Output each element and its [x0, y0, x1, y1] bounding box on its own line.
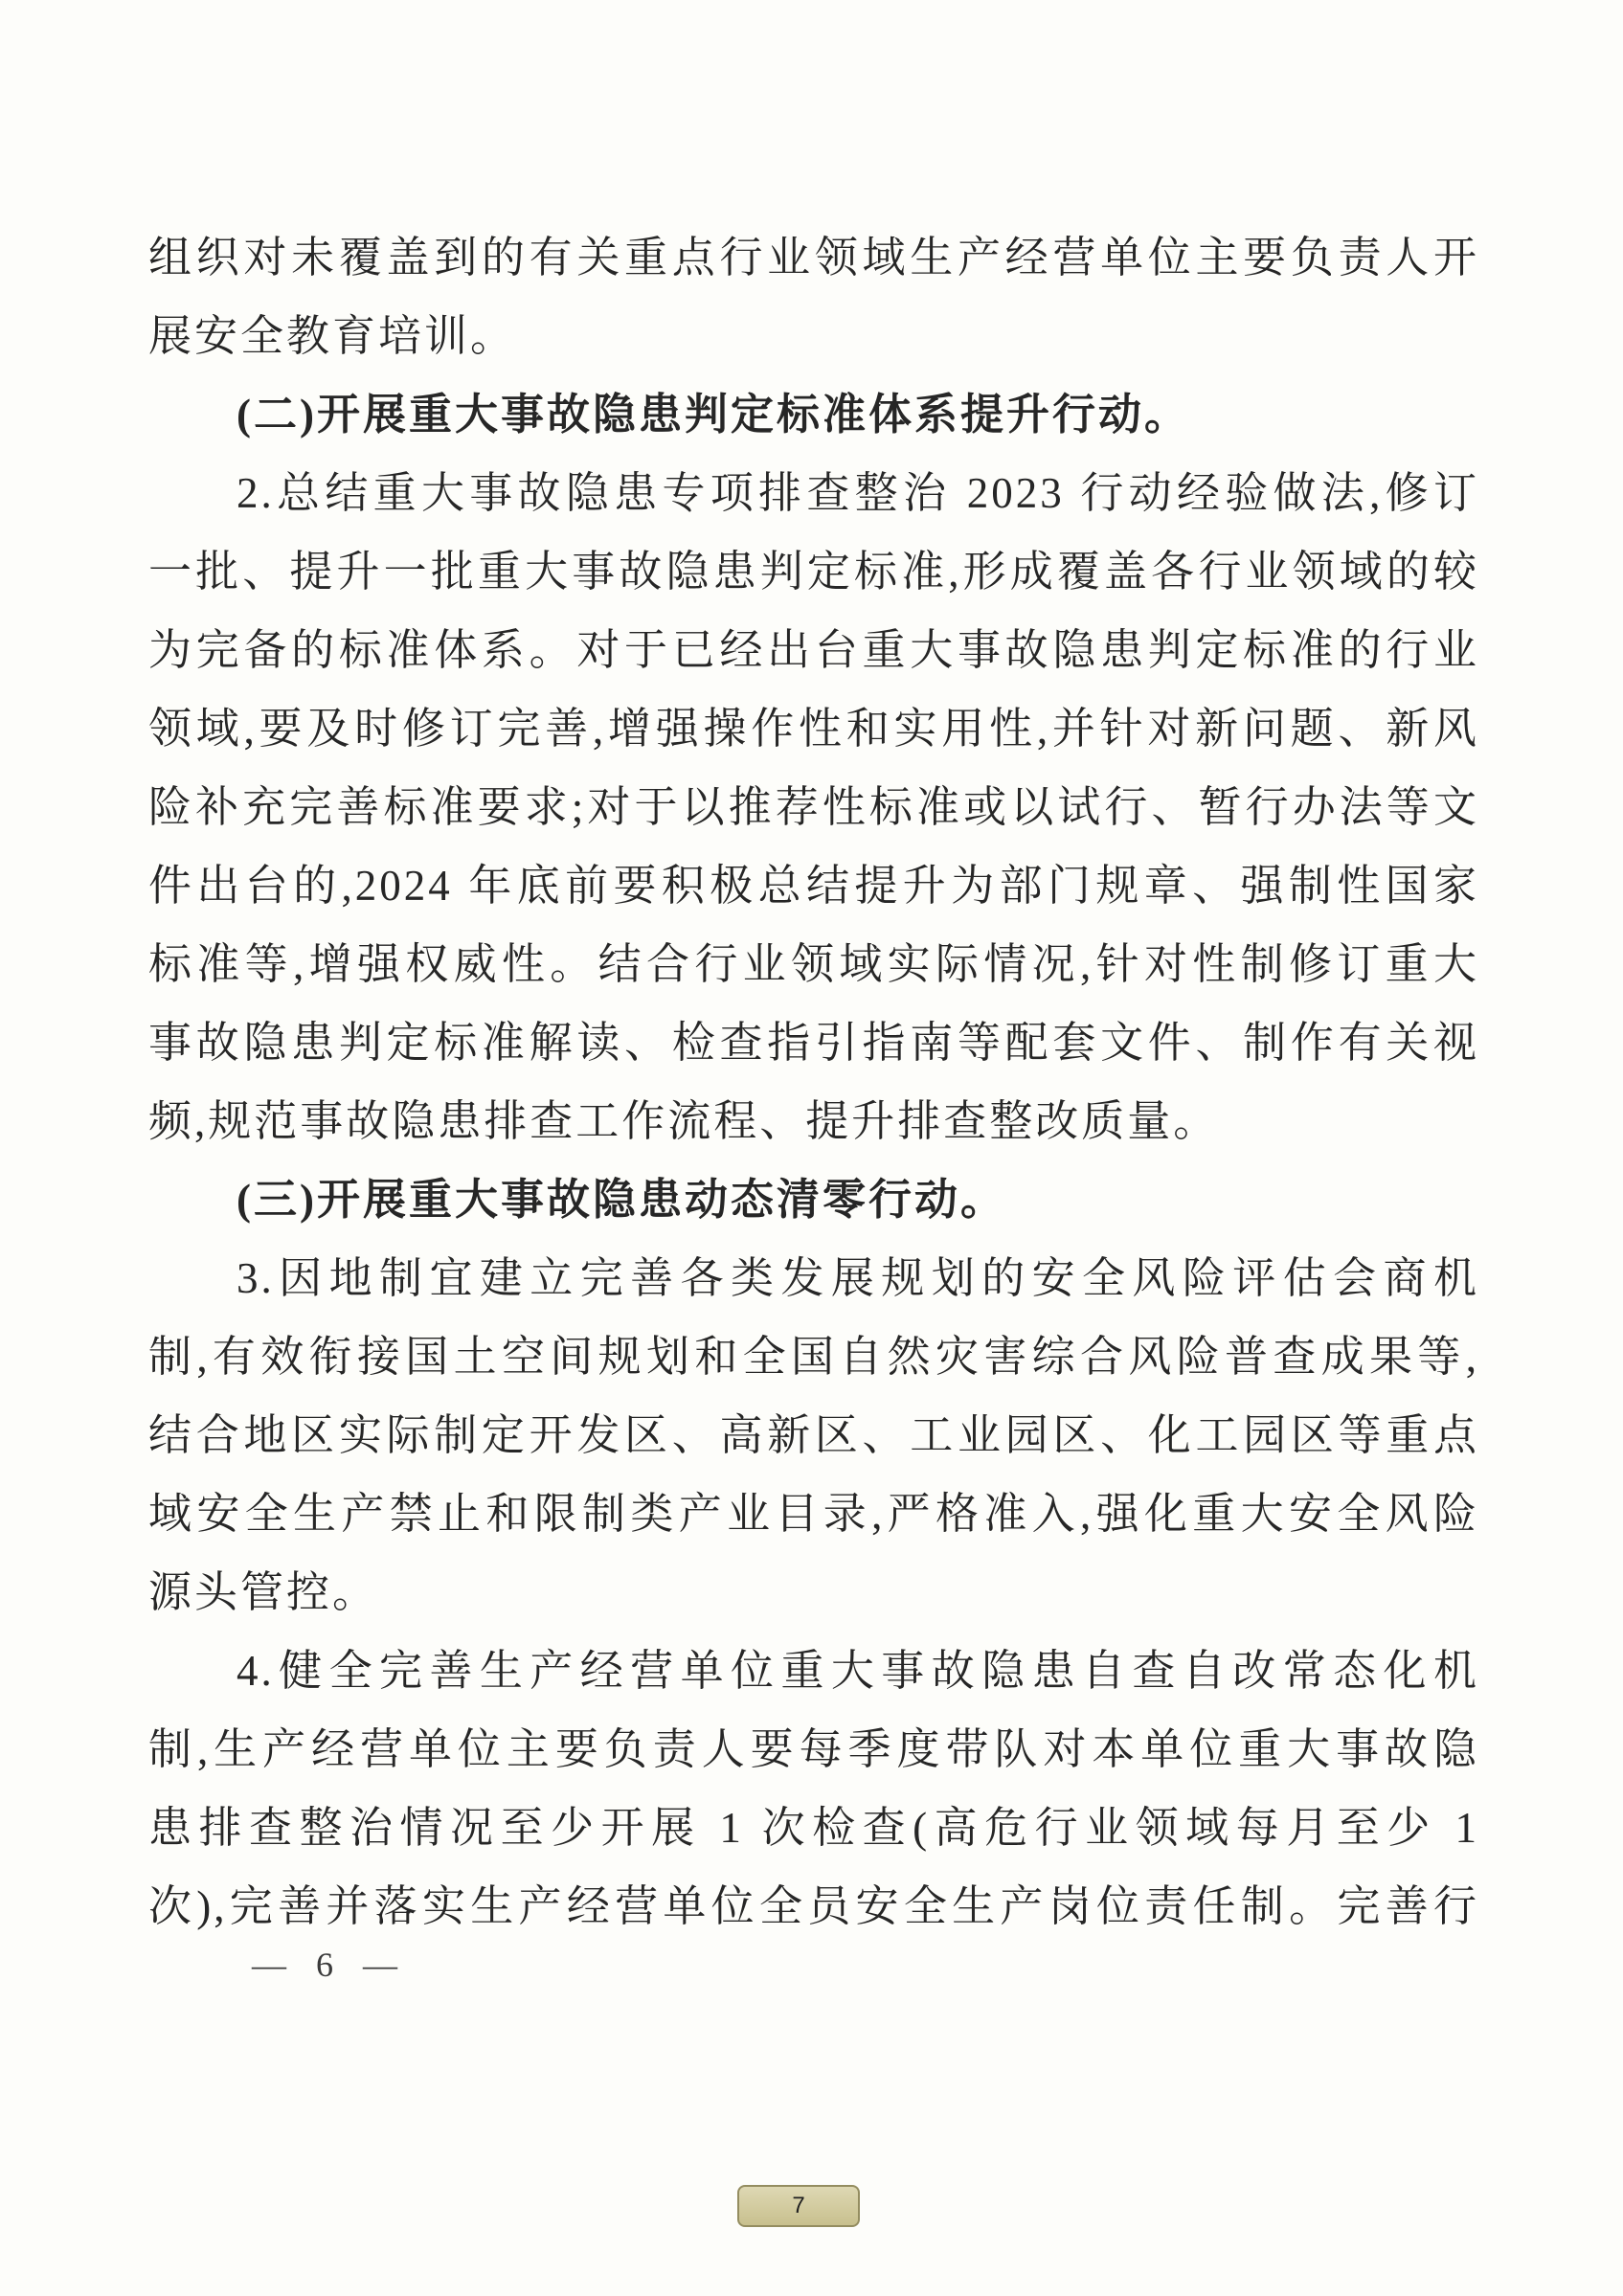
text-line: 制,有效衔接国土空间规划和全国自然灾害综合风险普查成果等, — [148, 1317, 1479, 1396]
text-line: 频,规范事故隐患排查工作流程、提升排查整改质量。 — [148, 1082, 1479, 1160]
text-line: 标准等,增强权威性。结合行业领域实际情况,针对性制修订重大 — [148, 925, 1479, 1003]
text-line: 患排查整治情况至少开展 1 次检查(高危行业领域每月至少 1 — [148, 1789, 1479, 1867]
text-line: 4.健全完善生产经营单位重大事故隐患自查自改常态化机 — [148, 1632, 1479, 1710]
text-line: 域安全生产禁止和限制类产业目录,严格准入,强化重大安全风险 — [148, 1474, 1479, 1553]
text-line: 组织对未覆盖到的有关重点行业领域生产经营单位主要负责人开 — [148, 218, 1479, 297]
text-line: 领域,要及时修订完善,增强操作性和实用性,并针对新问题、新风 — [148, 689, 1479, 768]
text-line: 3.因地制宜建立完善各类发展规划的安全风险评估会商机 — [148, 1239, 1479, 1317]
text-line: 展安全教育培训。 — [148, 297, 1479, 375]
text-line: 事故隐患判定标准解读、检查指引指南等配套文件、制作有关视 — [148, 1003, 1479, 1082]
text-line: 险补充完善标准要求;对于以推荐性标准或以试行、暂行办法等文 — [148, 768, 1479, 846]
text-line: 2.总结重大事故隐患专项排查整治 2023 行动经验做法,修订 — [148, 454, 1479, 532]
text-line: 源头管控。 — [148, 1553, 1479, 1632]
text-line: 次),完善并落实生产经营单位全员安全生产岗位责任制。完善行 — [148, 1867, 1479, 1946]
page-badge: 7 — [737, 2185, 860, 2227]
text-line: 件出台的,2024 年底前要积极总结提升为部门规章、强制性国家 — [148, 846, 1479, 925]
text-line: 一批、提升一批重大事故隐患判定标准,形成覆盖各行业领域的较 — [148, 532, 1479, 611]
document-page: 组织对未覆盖到的有关重点行业领域生产经营单位主要负责人开 展安全教育培训。 (二… — [0, 0, 1623, 2296]
section-heading: (二)开展重大事故隐患判定标准体系提升行动。 — [148, 375, 1479, 454]
text-line: 制,生产经营单位主要负责人要每季度带队对本单位重大事故隐 — [148, 1710, 1479, 1789]
text-line: 结合地区实际制定开发区、高新区、工业园区、化工园区等重点区 — [148, 1396, 1479, 1474]
page-badge-label: 7 — [792, 2193, 804, 2219]
document-text: 组织对未覆盖到的有关重点行业领域生产经营单位主要负责人开 展安全教育培训。 (二… — [148, 218, 1479, 1946]
text-line: 为完备的标准体系。对于已经出台重大事故隐患判定标准的行业 — [148, 611, 1479, 689]
page-number: — 6 — — [252, 1944, 401, 1987]
section-heading: (三)开展重大事故隐患动态清零行动。 — [148, 1160, 1479, 1239]
